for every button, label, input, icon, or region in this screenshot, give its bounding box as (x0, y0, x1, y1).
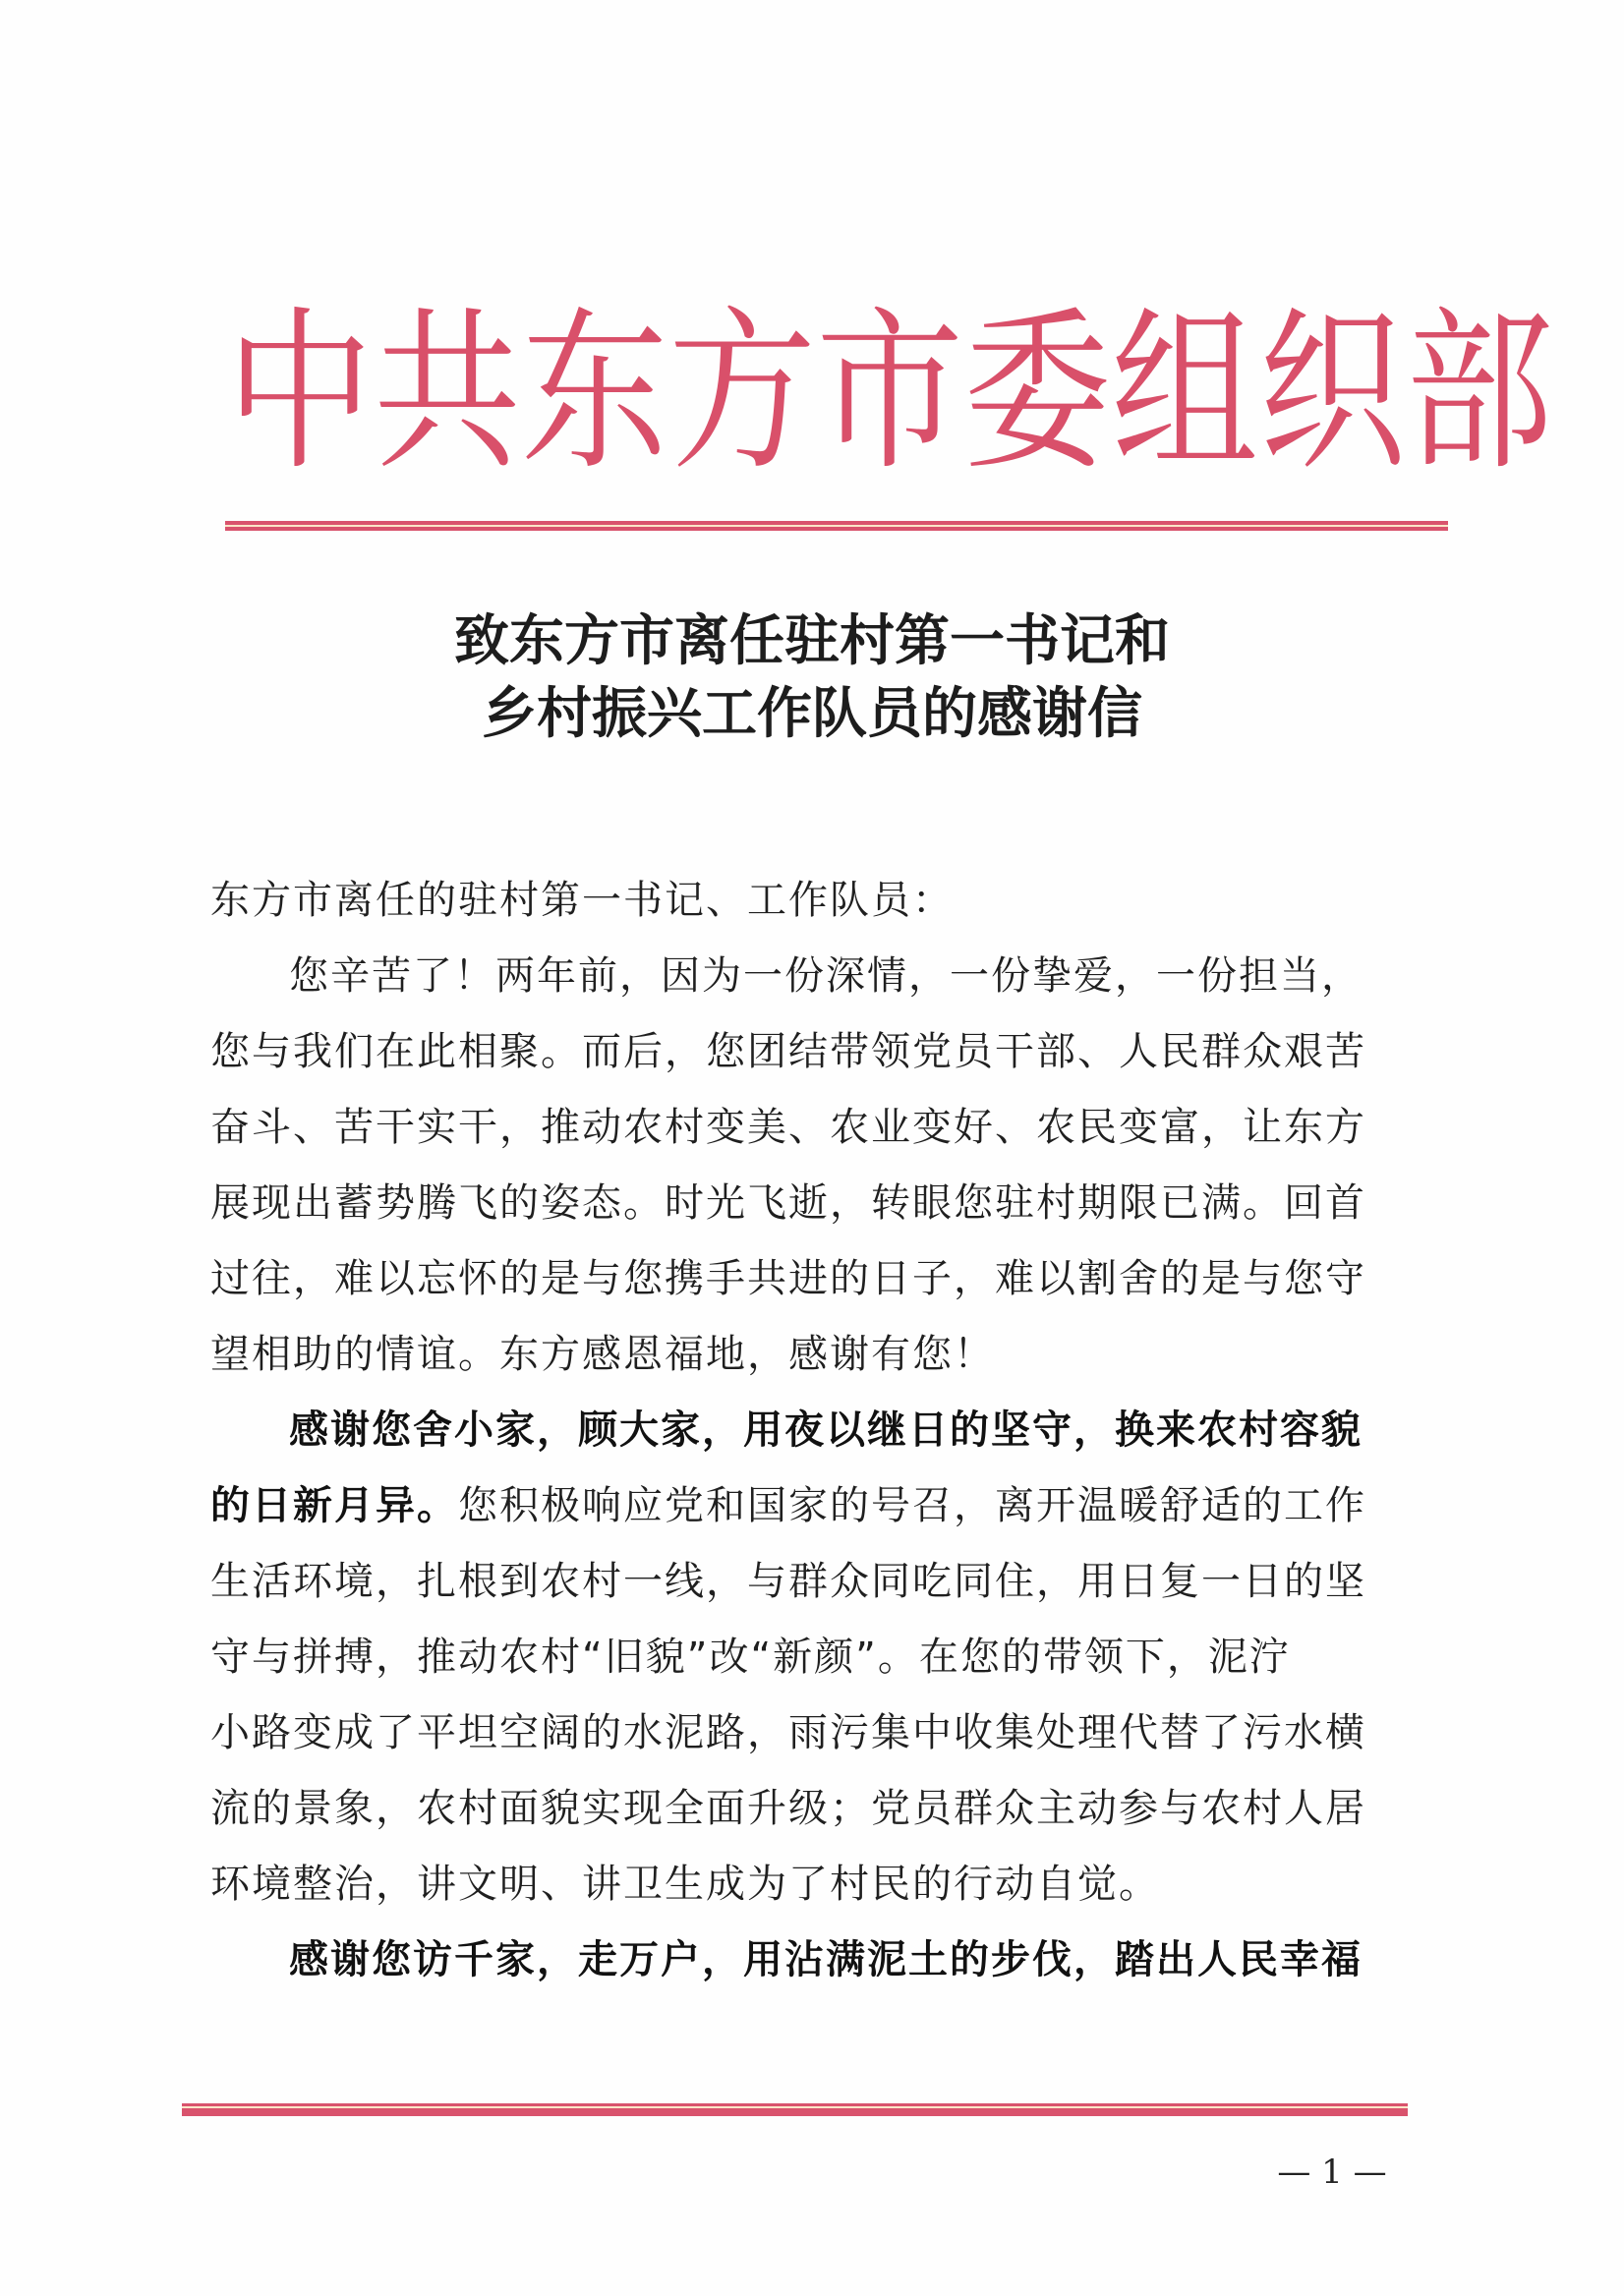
header-divider (225, 521, 1448, 531)
paragraph-line: 环境整治，讲文明、讲卫生成为了村民的行动自觉。 (210, 1847, 1410, 1923)
paragraph-bold-lead: 感谢您访千家，走万户，用沾满泥土的步伐，踏出人民幸福 (210, 1923, 1410, 1998)
paragraph-line: 小路变成了平坦空阔的水泥路，雨污集中收集处理代替了污水横 (210, 1695, 1410, 1771)
paragraph-line: 流的景象，农村面貌实现全面升级；党员群众主动参与农村人居 (210, 1771, 1410, 1847)
divider-line (182, 2108, 1408, 2116)
letter-title-line: 乡村振兴工作队员的感谢信 (295, 677, 1329, 750)
masthead-char: 部 (1406, 307, 1553, 481)
masthead-char: 东 (521, 307, 668, 481)
masthead-char: 织 (1258, 307, 1406, 481)
paragraph-line: 生活环境，扎根到农村一线，与群众同吃同住，用日复一日的坚 (210, 1544, 1410, 1620)
paragraph-thanks-family: 感谢您舍小家，顾大家，用夜以继日的坚守，换来农村容貌 的日新月异。您积极响应党和… (210, 1393, 1410, 1923)
paragraph-line-rest: 您积极响应党和国家的号召，离开温暖舒适的工作 (458, 1483, 1366, 1528)
page-number: — 1 — (1258, 2152, 1406, 2192)
paragraph-line: 奋斗、苦干实干，推动农村变美、农业变好、农民变富，让东方 (210, 1090, 1410, 1166)
paragraph-line: 守与拼搏，推动农村“旧貌”改“新颜”。在您的带领下，泥泞 (210, 1620, 1410, 1695)
document-page: 中 共 东 方 市 委 组 织 部 致东方市离任驻村第一书记和 乡村振兴工作队员… (0, 0, 1624, 2296)
paragraph-bold-lead: 感谢您舍小家，顾大家，用夜以继日的坚守，换来农村容貌 (210, 1393, 1410, 1468)
letter-title: 致东方市离任驻村第一书记和 乡村振兴工作队员的感谢信 (295, 604, 1329, 750)
salutation: 东方市离任的驻村第一书记、工作队员： (210, 863, 1410, 939)
masthead-char: 共 (374, 307, 521, 481)
paragraph-line: 展现出蓄势腾飞的姿态。时光飞逝，转眼您驻村期限已满。回首 (210, 1166, 1410, 1241)
paragraph-greeting: 您辛苦了！两年前，因为一份深情，一份挚爱，一份担当， 您与我们在此相聚。而后，您… (210, 939, 1410, 1393)
paragraph-line: 您辛苦了！两年前，因为一份深情，一份挚爱，一份担当， (210, 939, 1410, 1014)
letter-body: 东方市离任的驻村第一书记、工作队员： 您辛苦了！两年前，因为一份深情，一份挚爱，… (210, 863, 1410, 1998)
paragraph-line: 过往，难以忘怀的是与您携手共进的日子，难以割舍的是与您守 (210, 1241, 1410, 1317)
paragraph-line: 您与我们在此相聚。而后，您团结带领党员干部、人民群众艰苦 (210, 1014, 1410, 1090)
masthead-char: 委 (963, 307, 1111, 481)
paragraph-line: 的日新月异。您积极响应党和国家的号召，离开温暖舒适的工作 (210, 1468, 1410, 1544)
masthead-char: 中 (226, 307, 374, 481)
letter-title-line: 致东方市离任驻村第一书记和 (295, 604, 1329, 677)
paragraph-line: 望相助的情谊。东方感恩福地，感谢有您！ (210, 1317, 1410, 1393)
salutation-text: 东方市离任的驻村第一书记、工作队员： (210, 863, 1410, 939)
divider-line (225, 527, 1448, 531)
masthead-char: 市 (816, 307, 963, 481)
masthead-title: 中 共 东 方 市 委 组 织 部 (226, 300, 1425, 487)
masthead-char: 方 (668, 307, 816, 481)
footer-divider (182, 2103, 1408, 2117)
paragraph-bold-lead: 的日新月异。 (210, 1483, 458, 1528)
masthead-char: 组 (1111, 307, 1258, 481)
paragraph-thanks-visits: 感谢您访千家，走万户，用沾满泥土的步伐，踏出人民幸福 (210, 1923, 1410, 1998)
